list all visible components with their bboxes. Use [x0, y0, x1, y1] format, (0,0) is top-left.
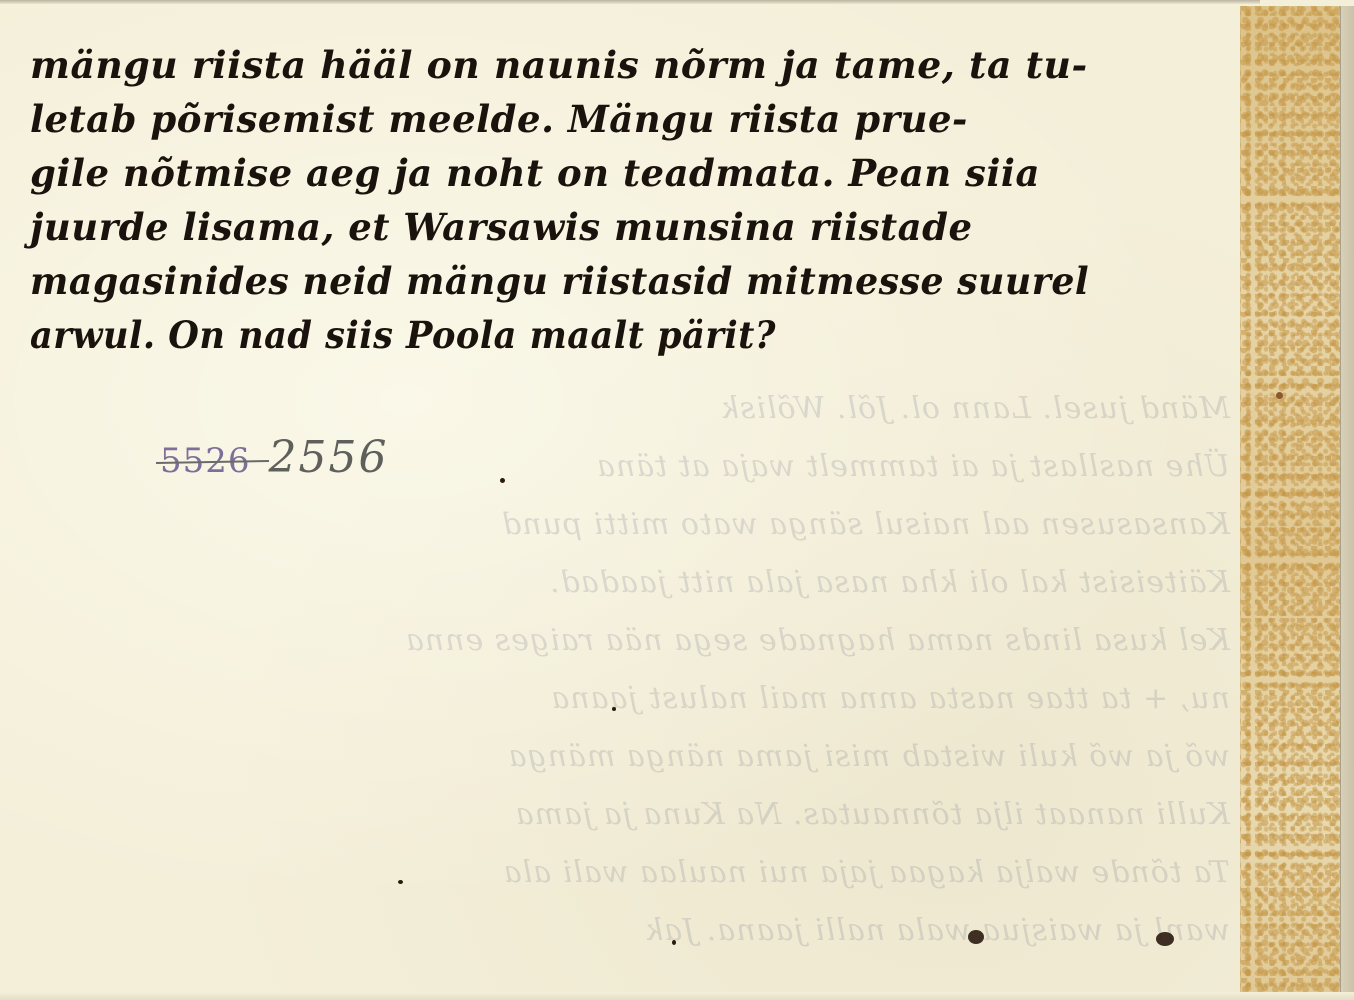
show-through-line: wanl ja waisjua wala nalli jaana. Jak	[30, 902, 1230, 960]
paper-bottom-edge	[0, 992, 1354, 1000]
text-line-3: gile nõtmise aeg ja noht on teadmata. Pe…	[30, 146, 1250, 200]
show-through-line: nu, + ta ttae nasta anna mail nalust jaa…	[30, 670, 1230, 728]
text-line-6: arwul. On nad siis Poola maalt pärit?	[30, 308, 1189, 362]
show-through-line: Kel kusa linds nama hagnade sega näa rai…	[30, 612, 1230, 670]
ink-speck	[398, 880, 403, 884]
stained-paper-strip	[1240, 6, 1341, 1000]
ink-speck	[672, 940, 676, 945]
ink-blot	[968, 930, 984, 944]
ink-speck	[500, 478, 505, 483]
show-through-line: wõ ja wõ kuli wistab misi jama nänga män…	[30, 728, 1230, 786]
text-line-2: letab põrisemist meelde. Mängu riista pr…	[30, 92, 1250, 146]
text-line-5: magasinides neid mängu riistasid mitmess…	[30, 254, 1226, 308]
show-through-line: Käiteisist kal oli kha nasa jala nitt ja…	[30, 554, 1230, 612]
show-through-line: Mänd jusel. Lann ol. Jõl. Wõlisk	[30, 380, 1230, 438]
struck-out-number: 5526	[160, 441, 251, 481]
paper-top-edge	[0, 0, 1260, 4]
manuscript-page: Mänd jusel. Lann ol. Jõl. Wõlisk Ühe nas…	[0, 0, 1354, 1000]
paper-right-edge	[1340, 6, 1354, 1000]
show-through-line: Ta tõnde walja kagaa jaja nui naulaa wal…	[30, 844, 1230, 902]
text-line-1: mängu riista hääl on naunis nõrm ja tame…	[30, 38, 1274, 92]
stain-spot	[1276, 392, 1283, 399]
text-line-4: juurde lisama, et Warsawis munsina riist…	[30, 200, 1250, 254]
handwritten-text: mängu riista hääl on naunis nõrm ja tame…	[30, 38, 1250, 362]
ink-blot	[1156, 932, 1174, 946]
ink-speck	[612, 707, 616, 711]
show-through-line: Kulli nanaat ilja tõnnautas. Na Kuna ja …	[30, 786, 1230, 844]
current-number: 2556	[269, 432, 389, 483]
catalog-number: 5526 2556	[160, 432, 389, 483]
show-through-line: Kansasusen aal naisul sänga wato mitti p…	[30, 496, 1230, 554]
